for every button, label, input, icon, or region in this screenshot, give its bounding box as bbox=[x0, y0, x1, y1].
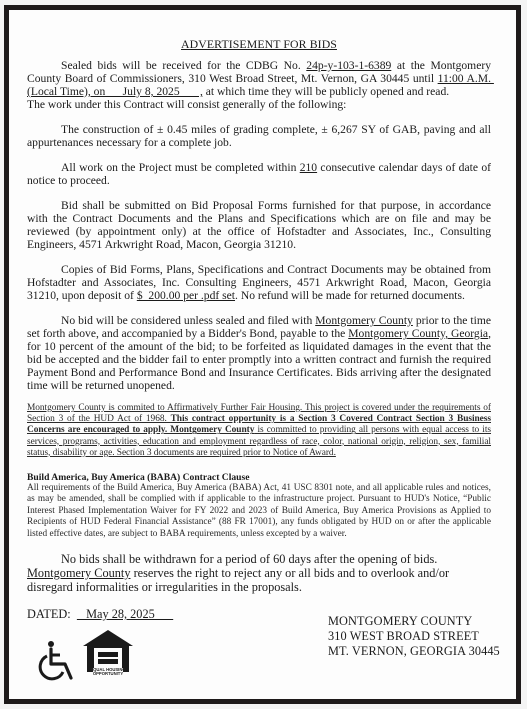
fair-housing-notice: Montgomery County is commited to Affirma… bbox=[27, 403, 491, 459]
entity-montgomery-county: Montgomery County bbox=[315, 314, 413, 327]
bid-bond-paragraph: No bid will be considered unless sealed … bbox=[27, 314, 491, 392]
baba-clause-text: All requirements of the Build America, B… bbox=[27, 483, 491, 540]
page-title: ADVERTISEMENT FOR BIDS bbox=[27, 38, 491, 51]
equal-housing-opportunity-icon: EQUAL HOUSING OPPORTUNITY bbox=[82, 628, 134, 679]
bid-intro-paragraph: Sealed bids will be received for the CDB… bbox=[27, 59, 491, 98]
equal-housing-caption: EQUAL HOUSING OPPORTUNITY bbox=[90, 668, 126, 677]
bid-submission-paragraph: Bid shall be submitted on Bid Proposal F… bbox=[27, 199, 491, 251]
construction-scope-paragraph: The construction of ± 0.45 miles of grad… bbox=[27, 123, 491, 149]
address-line-2: 310 WEST BROAD STREET bbox=[328, 629, 500, 644]
completion-paragraph: All work on the Project must be complete… bbox=[27, 161, 491, 187]
address-line-1: MONTGOMERY COUNTY bbox=[328, 614, 500, 629]
work-scope-intro: The work under this Contract will consis… bbox=[27, 98, 491, 111]
completion-days: 210 bbox=[300, 161, 317, 174]
county-address-block: MONTGOMERY COUNTY 310 WEST BROAD STREET … bbox=[328, 614, 500, 659]
entity-montgomery-county-georgia: Montgomery County, Georgia bbox=[348, 327, 488, 340]
cdbg-number: 24p-y-103-1-6389 bbox=[306, 59, 391, 72]
baba-clause-heading: Build America, Buy America (BABA) Contra… bbox=[27, 472, 491, 483]
wheelchair-accessibility-icon bbox=[38, 640, 80, 689]
address-line-3: MT. VERNON, GEORGIA 30445 bbox=[328, 644, 500, 659]
entity-montgomery-county-reserve: Montgomery County bbox=[27, 566, 131, 580]
withdrawal-paragraph: No bids shall be withdrawn for a period … bbox=[27, 552, 491, 594]
dated-label: DATED: bbox=[27, 607, 71, 621]
dated-value: May 28, 2025 bbox=[77, 607, 173, 621]
advertisement-body: ADVERTISEMENT FOR BIDS Sealed bids will … bbox=[27, 38, 491, 621]
documents-paragraph: Copies of Bid Forms, Plans, Specificatio… bbox=[27, 263, 491, 302]
deposit-amount: $ 200.00 per .pdf set bbox=[137, 289, 235, 302]
